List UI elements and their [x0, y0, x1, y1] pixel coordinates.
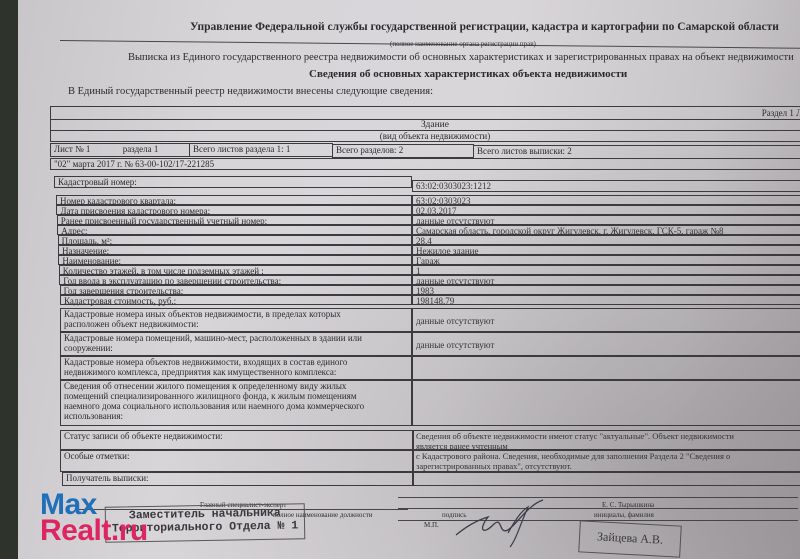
date-number: "02" марта 2017 г. № 63-00-102/17-221285 — [50, 158, 800, 170]
section-title: Сведения об основных характеристиках объ… — [309, 68, 627, 80]
row-value: Самарская область, городской округ Жигул… — [412, 225, 800, 235]
total-sheets-extract: Всего листов выписки: 2 — [473, 145, 800, 159]
row-label: Площадь, м²: — [58, 235, 412, 245]
total-sheets-section: Всего листов раздела 1: 1 — [189, 143, 333, 157]
row-value: данные отсутствуют — [412, 215, 800, 225]
label-line: Кадастровые номера объектов недвижимости… — [64, 357, 408, 367]
row-label: Адрес: — [57, 225, 412, 235]
label-line: наемного дома социального использования … — [64, 401, 408, 411]
name-caption: инициалы, фамилия — [594, 511, 654, 519]
recipient-label: Получатель выписки: — [62, 472, 414, 486]
row-value: данные отсутствуют — [412, 332, 800, 356]
seal-caption: М.П. — [424, 521, 439, 529]
row-value: 1983 — [412, 285, 800, 295]
sheet-number: Лист № 1 — [54, 144, 90, 154]
org-subtitle: (полное наименование органа регистрации … — [390, 40, 536, 48]
intro-text: В Единый государственный реестр недвижим… — [68, 86, 433, 97]
row-value: 63:02:0303023 — [412, 195, 800, 205]
row-value — [412, 380, 800, 426]
signer-name: Е. С. Тырышкина — [602, 501, 654, 509]
label-line: помещений специализированного жилищного … — [64, 391, 408, 401]
row-label-multiline: Кадастровые номера объектов недвижимости… — [60, 356, 412, 380]
cadastral-number-label: Кадастровый номер: — [54, 176, 412, 188]
row-value: данные отсутствуют — [412, 308, 800, 332]
row-value: Гараж — [412, 255, 800, 265]
label-line: Сведения об отнесении жилого помещения к… — [64, 381, 408, 391]
label-line: расположен объект недвижимости: — [64, 319, 408, 329]
total-sections: Всего разделов: 2 — [332, 144, 474, 158]
status-value: Сведения об объекте недвижимости имеют с… — [412, 430, 800, 450]
extract-title: Выписка из Единого государственного реес… — [128, 52, 794, 63]
notes-line: с Кадастрового района. Сведения, необход… — [416, 451, 800, 461]
document-sheet: Управление Федеральной службы государств… — [18, 0, 800, 559]
row-value: 28.4 — [412, 235, 800, 245]
row-label-multiline: Кадастровые номера иных объектов недвижи… — [60, 308, 412, 332]
row-value: данные отсутствуют — [412, 275, 800, 285]
row-value: Нежилое здание — [412, 245, 800, 255]
label-line: недвижимого комплекса, предприятия как и… — [64, 367, 408, 377]
notes-label: Особые отметки: — [60, 450, 414, 472]
label-line: использования: — [64, 411, 408, 421]
status-label: Статус записи об объекте недвижимости: — [60, 430, 414, 450]
row-value — [412, 356, 800, 380]
cadastral-number-value: 63:02:0303023:1212 — [412, 180, 800, 192]
handwritten-signature — [448, 495, 558, 555]
label-line: Кадастровые номера помещений, машино-мес… — [64, 333, 408, 343]
row-label: Кадастровая стоимость, руб.: — [60, 295, 412, 305]
notes-line: зарегистрированных правах", отсутствуют. — [416, 461, 800, 471]
row-label: Номер кадастрового квартала: — [56, 195, 412, 205]
status-line: Сведения об объекте недвижимости имеют с… — [416, 431, 800, 441]
recipient-value — [412, 472, 800, 486]
stamp-name: Зайцева А.В. — [580, 528, 681, 548]
section-corner-row: Раздел 1 Лист — [50, 106, 800, 120]
label-line: Кадастровые номера иных объектов недвижи… — [64, 309, 408, 319]
org-title: Управление Федеральной службы государств… — [190, 21, 779, 33]
object-type-caption: (вид объекта недвижимости) — [50, 130, 800, 142]
notes-value: с Кадастрового района. Сведения, необход… — [412, 450, 800, 472]
row-label: Год завершения строительства: — [60, 285, 412, 295]
row-value: 1 — [412, 265, 800, 275]
row-label: Назначение: — [58, 245, 412, 255]
corner-label: Раздел 1 Лист — [762, 108, 800, 119]
sheet-number-cell: Лист № 1 раздела 1 — [50, 143, 190, 157]
watermark-realt: Realt.ru — [40, 518, 148, 544]
name-stamp: Зайцева А.В. — [578, 520, 682, 557]
row-label: Наименование: — [58, 255, 412, 265]
row-value: 198148.79 — [412, 295, 800, 305]
row-label: Количество этажей, в том числе подземных… — [59, 265, 412, 275]
row-label-multiline: Кадастровые номера помещений, машино-мес… — [60, 332, 412, 356]
row-label: Дата присвоения кадастрового номера: — [56, 205, 412, 215]
label-line: сооружении: — [64, 343, 408, 353]
row-label: Год ввода в эксплуатацию по завершении с… — [59, 275, 412, 285]
row-label: Ранее присвоенный государственный учетны… — [57, 215, 412, 225]
row-value: 02.03.2017 — [412, 205, 800, 215]
sheet-section: раздела 1 — [123, 144, 159, 154]
row-label-multiline: Сведения об отнесении жилого помещения к… — [60, 380, 412, 426]
